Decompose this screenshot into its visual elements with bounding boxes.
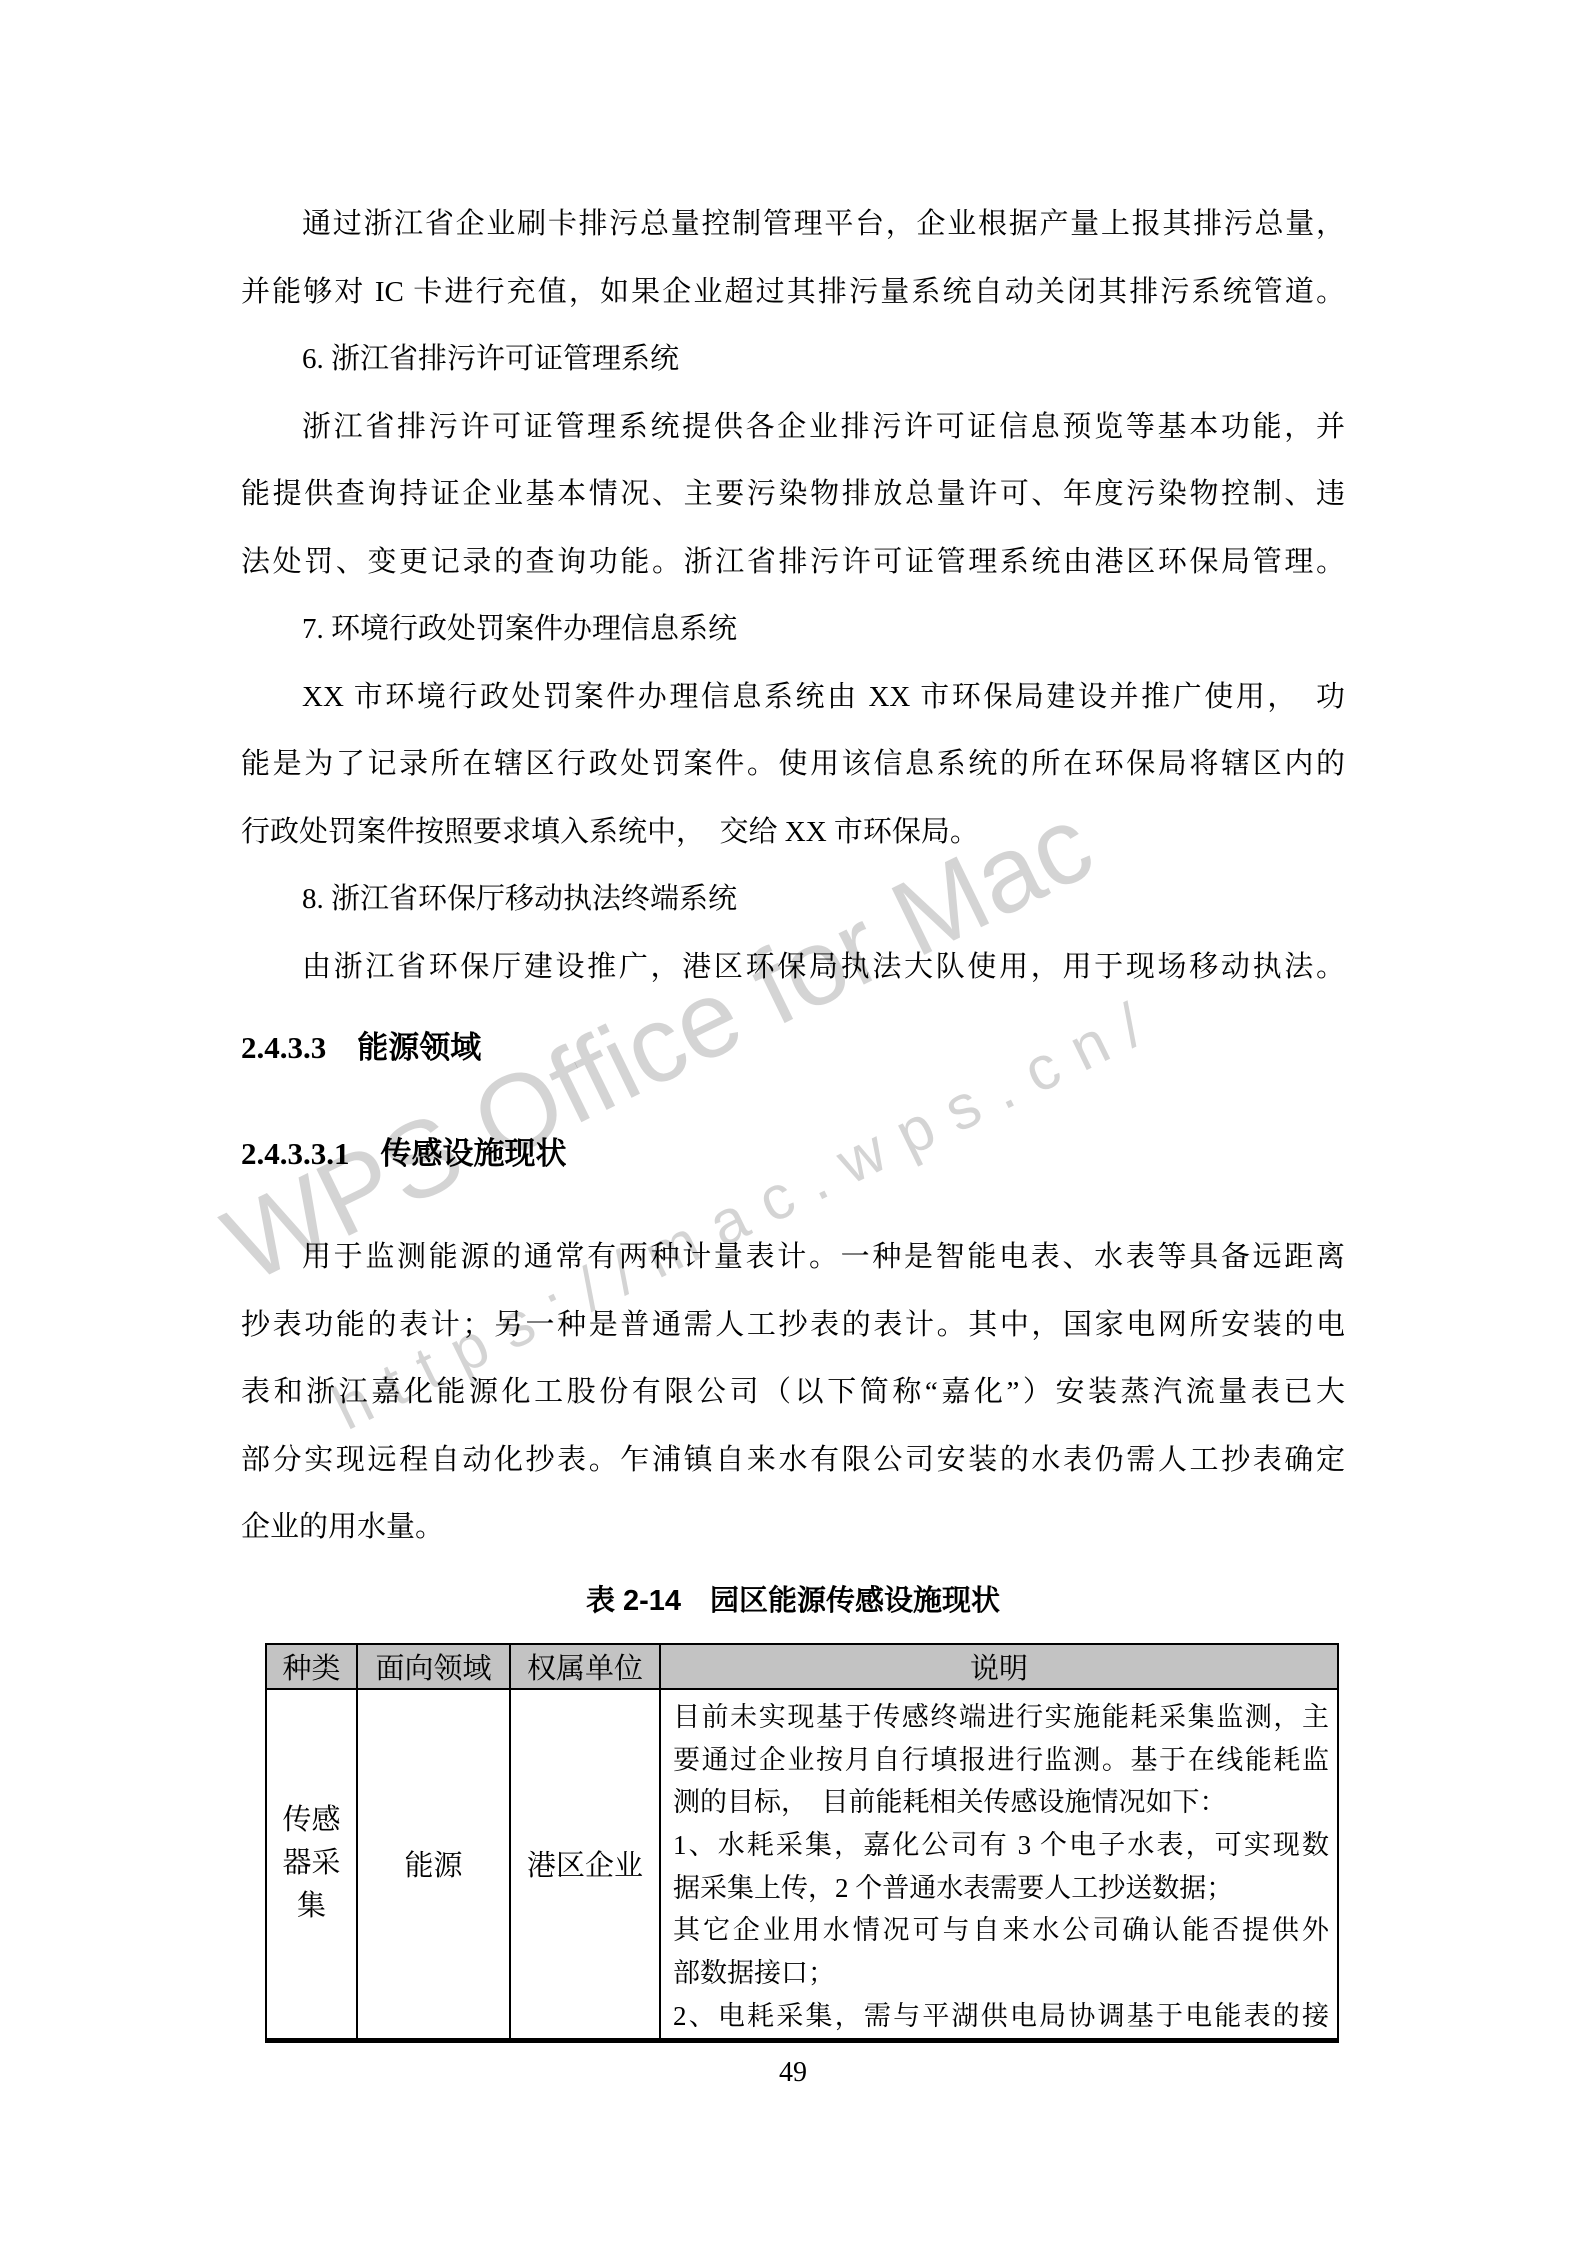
body-line: 法处罚、变更记录的查询功能。浙江省排污许可证管理系统由港区环保局管理。 — [241, 529, 1345, 597]
description-line: 其它企业用水情况可与自来水公司确认能否提供外 — [673, 1909, 1329, 1952]
subsection-heading: 2.4.3.3.1 传感设施现状 — [241, 1132, 1345, 1176]
description-line: 据采集上传，2 个普通水表需要人工抄送数据； — [673, 1867, 1329, 1910]
body-line: 浙江省排污许可证管理系统提供各企业排污许可证信息预览等基本功能，并 — [241, 394, 1345, 462]
body-line: 行政处罚案件按照要求填入系统中， 交给 XX 市环保局。 — [241, 799, 1345, 867]
body-line: 部分实现远程自动化抄表。乍浦镇自来水有限公司安装的水表仍需人工抄表确定 — [241, 1427, 1345, 1495]
table-row: 传感 器采 集 能源 港区企业 目前未实现基于传感终端进行实施能耗采集监测，主 … — [266, 1689, 1338, 2040]
body-line: XX 市环境行政处罚案件办理信息系统由 XX 市环保局建设并推广使用， 功 — [241, 664, 1345, 732]
section-heading: 2.4.3.3 能源领域 — [241, 1026, 1345, 1070]
table-header-row: 种类 面向领域 权属单位 说明 — [266, 1644, 1338, 1689]
body-line: 并能够对 IC 卡进行充值，如果企业超过其排污量系统自动关闭其排污系统管道。 — [241, 259, 1345, 327]
list-item-6: 6. 浙江省排污许可证管理系统 — [241, 326, 1345, 394]
description-line: 测的目标， 目前能耗相关传感设施情况如下： — [673, 1781, 1329, 1824]
cell-domain: 能源 — [357, 1689, 510, 2040]
body-line: 由浙江省环保厅建设推广，港区环保局执法大队使用，用于现场移动执法。 — [241, 934, 1345, 1002]
col-header-owner: 权属单位 — [510, 1644, 660, 1689]
page-content: 通过浙江省企业刷卡排污总量控制管理平台，企业根据产量上报其排污总量， 并能够对 … — [0, 0, 1586, 2244]
cell-line: 器采 — [267, 1842, 356, 1885]
document-page: WPS Office for Mac https://mac.wps.cn/ 通… — [0, 0, 1586, 2244]
body-line: 抄表功能的表计；另一种是普通需人工抄表的表计。其中，国家电网所安装的电 — [241, 1292, 1345, 1360]
col-header-description: 说明 — [660, 1644, 1338, 1689]
cell-sensor-type: 传感 器采 集 — [266, 1689, 357, 2040]
col-header-type: 种类 — [266, 1644, 357, 1689]
body-line: 能提供查询持证企业基本情况、主要污染物排放总量许可、年度污染物控制、违 — [241, 461, 1345, 529]
description-line: 部数据接口； — [673, 1952, 1329, 1995]
body-line: 表和浙江嘉化能源化工股份有限公司（以下简称“嘉化”）安装蒸汽流量表已大 — [241, 1359, 1345, 1427]
energy-sensing-table: 种类 面向领域 权属单位 说明 传感 器采 集 能源 港区企业 — [265, 1643, 1339, 2043]
cell-description: 目前未实现基于传感终端进行实施能耗采集监测，主 要通过企业按月自行填报进行监测。… — [660, 1689, 1338, 2040]
list-item-7: 7. 环境行政处罚案件办理信息系统 — [241, 596, 1345, 664]
body-line: 用于监测能源的通常有两种计量表计。一种是智能电表、水表等具备远距离 — [241, 1224, 1345, 1292]
cell-line: 传感 — [267, 1799, 356, 1842]
description-line: 2、电耗采集，需与平湖供电局协调基于电能表的接 — [673, 1995, 1329, 2038]
list-item-8: 8. 浙江省环保厅移动执法终端系统 — [241, 866, 1345, 934]
description-line: 1、水耗采集，嘉化公司有 3 个电子水表，可实现数 — [673, 1824, 1329, 1867]
body-text-block: 通过浙江省企业刷卡排污总量控制管理平台，企业根据产量上报其排污总量， 并能够对 … — [241, 191, 1345, 1001]
cell-line: 集 — [267, 1885, 356, 1928]
body-line: 企业的用水量。 — [241, 1494, 1345, 1562]
table-caption: 表 2-14 园区能源传感设施现状 — [241, 1581, 1345, 1621]
body-line: 能是为了记录所在辖区行政处罚案件。使用该信息系统的所在环保局将辖区内的 — [241, 731, 1345, 799]
energy-paragraph-block: 用于监测能源的通常有两种计量表计。一种是智能电表、水表等具备远距离 抄表功能的表… — [241, 1224, 1345, 1562]
body-line: 通过浙江省企业刷卡排污总量控制管理平台，企业根据产量上报其排污总量， — [241, 191, 1345, 259]
col-header-domain: 面向领域 — [357, 1644, 510, 1689]
description-line: 要通过企业按月自行填报进行监测。基于在线能耗监 — [673, 1739, 1329, 1782]
description-line: 目前未实现基于传感终端进行实施能耗采集监测，主 — [673, 1696, 1329, 1739]
page-number: 49 — [0, 2056, 1586, 2090]
cell-owner: 港区企业 — [510, 1689, 660, 2040]
